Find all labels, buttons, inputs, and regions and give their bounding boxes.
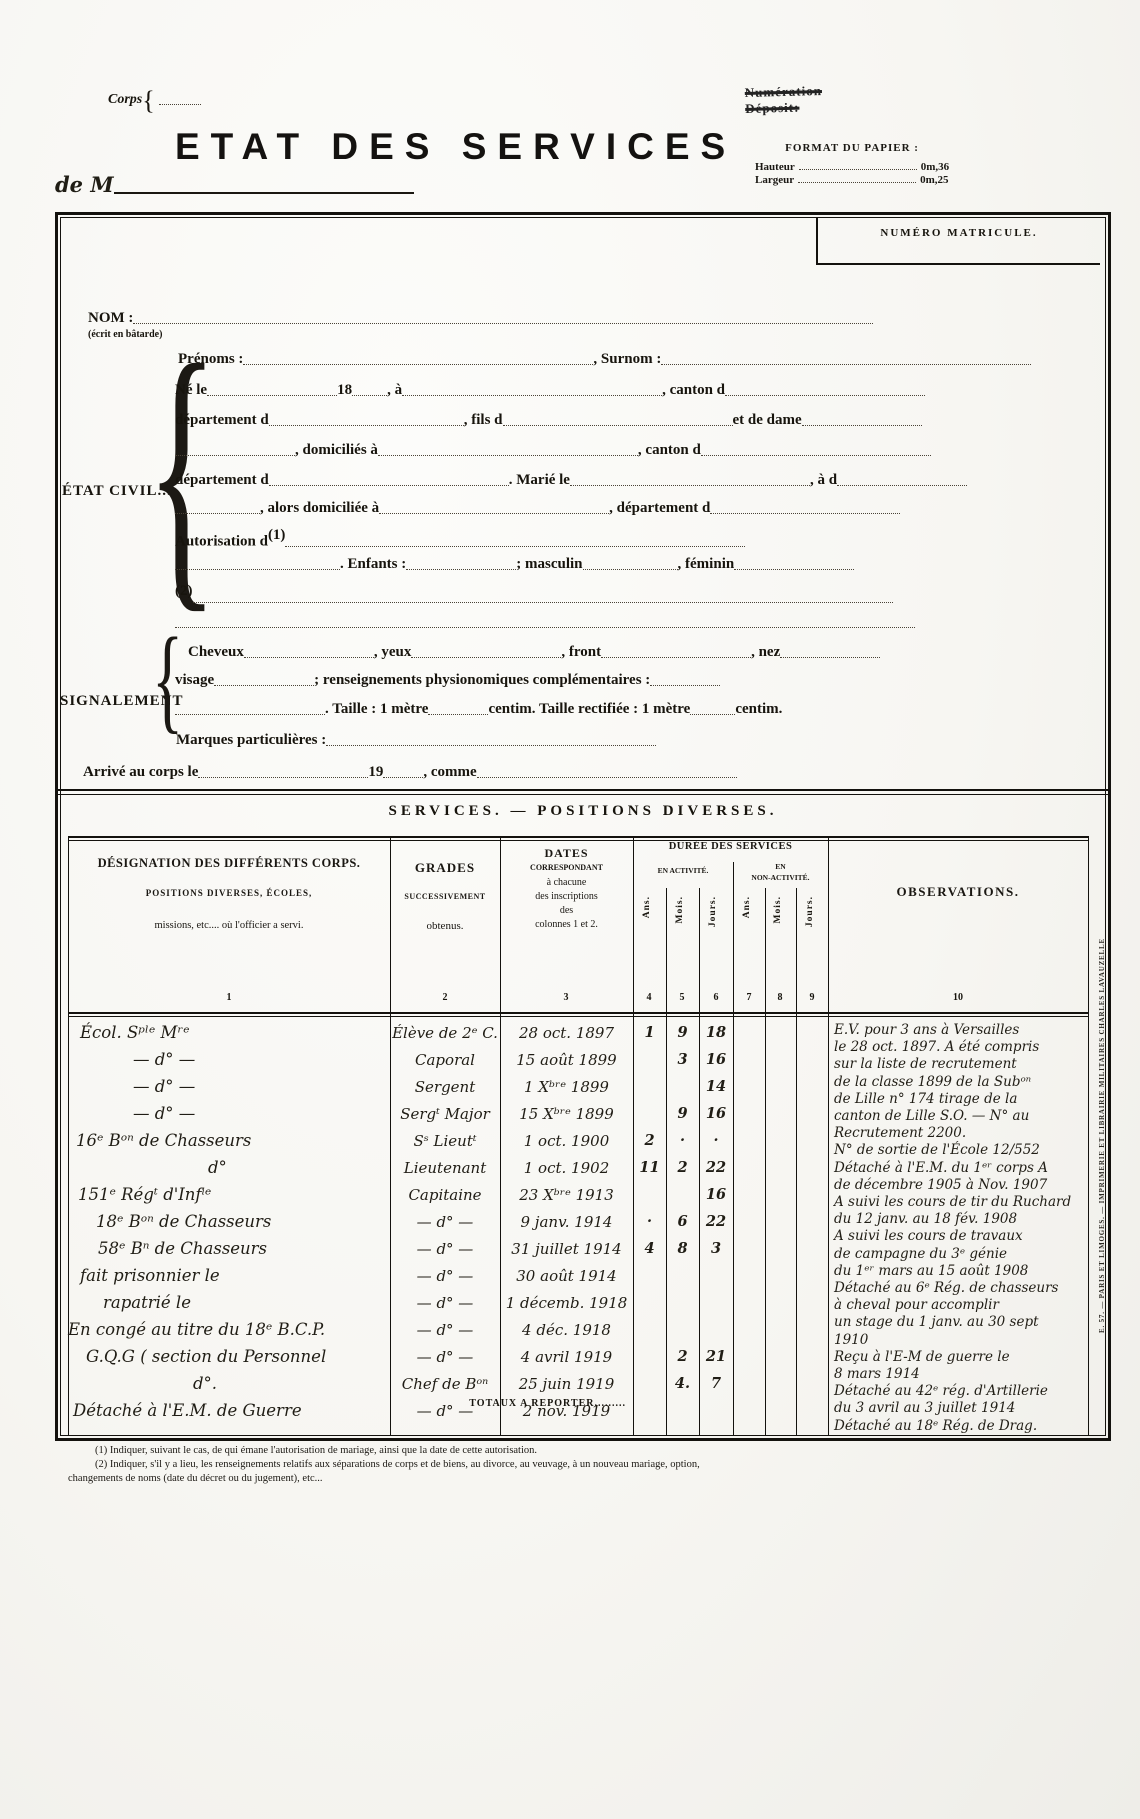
col-number-8: 8	[765, 992, 795, 1003]
observation-line: à cheval pour accomplir	[834, 1297, 1086, 1314]
cheveux-line: Cheveux, yeux, front, nez	[188, 643, 880, 661]
grade-cell: Sergent	[390, 1078, 500, 1096]
hauteur-leaders	[799, 160, 917, 170]
observation-line: de campagne du 3ᵉ génie	[834, 1246, 1086, 1263]
line-label: département d	[175, 412, 269, 428]
observation-line: 8 mars 1914	[834, 1366, 1086, 1383]
grade-cell: Chef de Bᵒⁿ	[390, 1375, 500, 1393]
grade-cell: Sˢ Lieutᵗ	[390, 1132, 500, 1150]
col-number-1: 1	[214, 992, 244, 1003]
table-row: d°Lieutenant1 oct. 190211222	[68, 1154, 828, 1181]
autorisation-line: Autorisation d(1)	[175, 527, 745, 550]
non-activite-header-line1: EN	[733, 862, 828, 871]
observation-line: Détaché au 18ᵉ Rég. de Drag.	[834, 1418, 1086, 1435]
note2-line-b	[175, 613, 915, 631]
blank-field	[207, 382, 337, 396]
table-top-rule-2	[68, 840, 1088, 841]
date-cell: 30 août 1914	[500, 1267, 633, 1285]
col3-header-line4: des inscriptions	[500, 891, 633, 902]
page-title: ETAT DES SERVICES	[175, 126, 736, 168]
line-label: , front	[561, 644, 601, 660]
overstruck-stamp: Numération Déposit:	[745, 83, 823, 117]
table-row: En congé au titre du 18ᵉ B.C.P.— d° —4 d…	[68, 1316, 828, 1343]
col-number-5: 5	[667, 992, 697, 1003]
line-label: Marques particulières :	[176, 732, 326, 748]
duree-cell: 3	[699, 1240, 733, 1257]
blank-field	[214, 672, 314, 686]
duree-cell: 7	[699, 1375, 733, 1392]
line-label: centim. Taille rectifiée : 1 mètre	[488, 701, 690, 717]
observation-line: le 28 oct. 1897. A été compris	[834, 1039, 1086, 1056]
date-cell: 23 Xᵇʳᵉ 1913	[500, 1186, 633, 1204]
blank-field	[352, 382, 387, 396]
form-border-box: NUMÉRO MATRICULE. NOM : (écrit en bâtard…	[55, 212, 1111, 1441]
corps-cell: d°.	[68, 1374, 390, 1393]
blank-field	[725, 382, 925, 396]
blank-field	[650, 672, 720, 686]
blank-field	[601, 644, 751, 658]
blank-field	[383, 764, 423, 778]
alors-domiciliee-line: , alors domiciliée à, département d	[175, 499, 900, 517]
duree-cell: 3	[666, 1051, 699, 1068]
line-label-sup: (2)	[175, 583, 193, 599]
table-row: fait prisonnier le— d° —30 août 1914	[68, 1262, 828, 1289]
blank-field	[428, 701, 488, 715]
stamp-line-1: Numération	[745, 83, 823, 101]
corps-cell: 16ᵉ Bᵒⁿ de Chasseurs	[68, 1131, 390, 1150]
table-row: — d° —Sergent1 Xᵇʳᵉ 189914	[68, 1073, 828, 1100]
line-label: , domiciliés à	[295, 442, 378, 458]
blank-field	[379, 500, 609, 514]
line-label: NOM :	[88, 310, 133, 326]
observation-line: Reçu à l'E-M de guerre le	[834, 1349, 1086, 1366]
line-label: et de dame	[733, 412, 802, 428]
blank-field	[378, 442, 638, 456]
table-row: 151ᵉ Régᵗ d'InfⁱᵉCapitaine23 Xᵇʳᵉ 191316	[68, 1181, 828, 1208]
observation-line: du 3 avril au 3 juillet 1914	[834, 1400, 1086, 1417]
blank-field	[734, 556, 854, 570]
paper-format-hauteur: Hauteur0m,36	[755, 160, 949, 173]
duree-cell: 6	[666, 1213, 699, 1230]
corps-blank	[159, 91, 201, 105]
taille-line: . Taille : 1 mètrecentim. Taille rectifi…	[175, 700, 782, 718]
line-label: , canton d	[638, 442, 701, 458]
de-m-label: de M	[55, 172, 114, 197]
corps-cell: rapatrié le	[68, 1293, 390, 1312]
largeur-label: Largeur	[755, 174, 794, 186]
date-cell: 31 juillet 1914	[500, 1240, 633, 1258]
observation-line: canton de Lille S.O. — N° au	[834, 1108, 1086, 1125]
subcol-label-jours-2: Jours.	[805, 896, 821, 986]
visage-line: visage; renseignements physionomiques co…	[175, 671, 720, 689]
observation-line: de Lille n° 174 tirage de la	[834, 1091, 1086, 1108]
hauteur-label: Hauteur	[755, 161, 795, 173]
duree-cell: 4	[633, 1240, 666, 1257]
de-m-line: de M	[55, 172, 414, 197]
line-label: 19	[368, 764, 383, 780]
grade-cell: — d° —	[390, 1348, 500, 1366]
duree-cell: ·	[699, 1132, 733, 1149]
ne-line: Né le18, à, canton d	[175, 381, 925, 399]
line-label: , à d	[810, 472, 837, 488]
duree-cell: ·	[666, 1132, 699, 1149]
line-label: , canton d	[662, 382, 725, 398]
table-vline	[828, 836, 829, 1435]
corps-cell: Écol. Sᵖˡᵉ Mʳᵉ	[68, 1023, 390, 1042]
corps-cell: Détaché à l'E.M. de Guerre	[68, 1401, 390, 1420]
stamp-line-2: Déposit:	[745, 99, 823, 117]
line-label: , alors domiciliée à	[260, 500, 379, 516]
observation-line: sur la liste de recrutement	[834, 1056, 1086, 1073]
line-label: . Marié le	[509, 472, 570, 488]
blank-field	[244, 644, 374, 658]
note2-line-a: (2)	[175, 583, 893, 606]
line-label: Né le	[175, 382, 207, 398]
col3-header-line3: à chacune	[500, 877, 633, 888]
line-label: Cheveux	[188, 644, 244, 660]
line-label: département d	[175, 472, 269, 488]
grade-cell: — d° —	[390, 1267, 500, 1285]
line-label: Autorisation d	[175, 533, 268, 549]
blank-field	[701, 442, 931, 456]
table-row: d°.Chef de Bᵒⁿ25 juin 19194.7	[68, 1370, 828, 1397]
duree-cell: 21	[699, 1348, 733, 1365]
grade-cell: — d° —	[390, 1213, 500, 1231]
table-row: G.Q.G ( section du Personnel— d° —4 avri…	[68, 1343, 828, 1370]
duree-cell: 2	[666, 1159, 699, 1176]
observations-column: E.V. pour 3 ans à Versaillesle 28 oct. 1…	[834, 1022, 1086, 1435]
blank-field	[570, 472, 810, 486]
departement-line-2: département d. Marié le, à d	[175, 471, 967, 489]
blank-field	[198, 764, 368, 778]
corps-cell: 151ᵉ Régᵗ d'Infⁱᵉ	[68, 1185, 390, 1204]
duree-cell: 22	[699, 1159, 733, 1176]
line-label: centim.	[735, 701, 782, 717]
blank-field	[175, 500, 260, 514]
line-label: , féminin	[678, 556, 735, 572]
blank-field	[477, 764, 737, 778]
paper-format-largeur: Largeur0m,25	[755, 173, 949, 186]
blank-field	[175, 701, 325, 715]
grade-cell: — d° —	[390, 1294, 500, 1312]
blank-field	[269, 472, 509, 486]
blank-field	[802, 412, 922, 426]
brace-icon: {	[142, 86, 154, 115]
grade-cell: Élève de 2ᵉ C.	[390, 1024, 500, 1042]
line-label: , à	[387, 382, 402, 398]
col1-header-line3: missions, etc.... où l'officier a servi.	[68, 920, 390, 931]
departement-line-1: département d, fils det de dame	[175, 411, 922, 429]
line-label: , comme	[423, 764, 476, 780]
non-activite-header-line2: NON-ACTIVITÉ.	[733, 873, 828, 882]
table-row: — d° —Sergᵗ Major15 Xᵇʳᵉ 1899916	[68, 1100, 828, 1127]
grade-cell: — d° —	[390, 1321, 500, 1339]
prenoms-line: Prénoms :, Surnom :	[178, 350, 1031, 368]
date-cell: 1 oct. 1902	[500, 1159, 633, 1177]
matricule-label: NUMÉRO MATRICULE.	[818, 227, 1100, 239]
line-label-sup: (1)	[268, 527, 286, 543]
blank-field	[503, 412, 733, 426]
table-row: 18ᵉ Bᵒⁿ de Chasseurs— d° —9 janv. 1914·6…	[68, 1208, 828, 1235]
col-number-3: 3	[551, 992, 581, 1003]
section-divider	[58, 789, 1108, 795]
col-number-9: 9	[797, 992, 827, 1003]
table-row: 58ᵉ Bⁿ de Chasseurs— d° —31 juillet 1914…	[68, 1235, 828, 1262]
blank-field	[837, 472, 967, 486]
corps-cell: G.Q.G ( section du Personnel	[68, 1347, 390, 1366]
blank-field	[710, 500, 900, 514]
subcol-label-ans: Ans.	[642, 896, 658, 986]
subcol-label-jours: Jours.	[708, 896, 724, 986]
table-row: Écol. Sᵖˡᵉ MʳᵉÉlève de 2ᵉ C.28 oct. 1897…	[68, 1019, 828, 1046]
corps-cell: fait prisonnier le	[68, 1266, 390, 1285]
hauteur-value: 0m,36	[921, 161, 949, 173]
duree-cell: 9	[666, 1024, 699, 1041]
col-number-7: 7	[734, 992, 764, 1003]
services-table: DÉSIGNATION DES DIFFÉRENTS CORPS. POSITI…	[68, 836, 1088, 1435]
corps-cell: — d° —	[68, 1050, 390, 1069]
blank-field	[269, 412, 464, 426]
largeur-leaders	[798, 173, 916, 183]
duree-cell: 16	[699, 1105, 733, 1122]
grade-cell: — d° —	[390, 1240, 500, 1258]
table-top-rule	[68, 836, 1088, 838]
table-row: rapatrié le— d° —1 décemb. 1918	[68, 1289, 828, 1316]
table-row: — d° —Caporal15 août 1899316	[68, 1046, 828, 1073]
table-vline	[1088, 836, 1089, 1435]
blank-field	[133, 310, 873, 324]
blank-field	[243, 351, 593, 365]
observation-line: A suivi les cours de tir du Ruchard	[834, 1194, 1086, 1211]
matricule-box: NUMÉRO MATRICULE.	[816, 217, 1100, 265]
blank-field	[411, 644, 561, 658]
col2-header-line2: SUCCESSIVEMENT	[390, 892, 500, 901]
col3-header-line2: CORRESPONDANT	[500, 863, 633, 872]
line-label: visage	[175, 672, 214, 688]
duree-cell: 22	[699, 1213, 733, 1230]
col-number-2: 2	[430, 992, 460, 1003]
domicilies-line: , domiciliés à, canton d	[175, 441, 931, 459]
observation-line: un stage du 1 janv. au 30 sept	[834, 1314, 1086, 1331]
observation-line: N° de sortie de l'École 12/552	[834, 1142, 1086, 1159]
corps-cell: En congé au titre du 18ᵉ B.C.P.	[68, 1320, 390, 1339]
corps-line: Corps{	[108, 86, 201, 116]
line-label: 18	[337, 382, 352, 398]
footnote-2-continued: changements de noms (date du décret ou d…	[68, 1473, 323, 1484]
duree-cell: 4.	[666, 1375, 699, 1392]
col-number-6: 6	[701, 992, 731, 1003]
blank-field	[193, 589, 893, 603]
largeur-value: 0m,25	[920, 174, 948, 186]
duree-cell: 16	[699, 1051, 733, 1068]
blank-field	[780, 644, 880, 658]
line-label: ; renseignements physionomiques compléme…	[314, 672, 650, 688]
col2-header-line1: GRADES	[390, 860, 500, 876]
col-number-10: 10	[943, 992, 973, 1003]
paper-format-block: FORMAT DU PAPIER : Hauteur0m,36 Largeur0…	[755, 142, 949, 186]
observations-header: OBSERVATIONS.	[828, 884, 1088, 900]
duree-cell: 2	[633, 1132, 666, 1149]
corps-cell: 58ᵉ Bⁿ de Chasseurs	[68, 1239, 390, 1258]
line-label: ; masculin	[516, 556, 582, 572]
col-number-4: 4	[634, 992, 664, 1003]
corps-cell: — d° —	[68, 1104, 390, 1123]
observation-line: de la classe 1899 de la Subᵒⁿ	[834, 1074, 1086, 1091]
printer-imprint: E. 57. — PARIS ET LIMOGES. — IMPRIMERIE …	[1098, 838, 1106, 1433]
corps-cell: 18ᵉ Bᵒⁿ de Chasseurs	[68, 1212, 390, 1231]
paper-format-title: FORMAT DU PAPIER :	[755, 142, 949, 154]
blank-field	[326, 732, 656, 746]
date-cell: 28 oct. 1897	[500, 1024, 633, 1042]
observation-line: Détaché au 6ᵉ Rég. de chasseurs	[834, 1280, 1086, 1297]
col1-header-line2: POSITIONS DIVERSES, ÉCOLES,	[68, 888, 390, 898]
line-label: , département d	[609, 500, 710, 516]
blank-field	[583, 556, 678, 570]
observation-line: A suivi les cours de travaux	[834, 1228, 1086, 1245]
date-cell: 15 Xᵇʳᵉ 1899	[500, 1105, 633, 1123]
observation-line: 1910	[834, 1332, 1086, 1349]
blank-field	[175, 614, 915, 628]
blank-field	[402, 382, 662, 396]
observation-line: E.V. pour 3 ans à Versailles	[834, 1022, 1086, 1039]
line-label: . Taille : 1 mètre	[325, 701, 428, 717]
totaux-label: TOTAUX A REPORTER.........	[368, 1398, 626, 1409]
date-cell: 1 oct. 1900	[500, 1132, 633, 1150]
marques-line: Marques particulières :	[176, 731, 656, 749]
services-section-title: SERVICES. — POSITIONS DIVERSES.	[58, 803, 1108, 820]
col2-header-line3: obtenus.	[390, 920, 500, 932]
date-cell: 4 déc. 1918	[500, 1321, 633, 1339]
observation-line: du 1ᵉʳ mars au 15 août 1908	[834, 1263, 1086, 1280]
duree-cell: 11	[633, 1159, 666, 1176]
duree-cell: 16	[699, 1186, 733, 1203]
blank-field	[285, 533, 745, 547]
date-cell: 25 juin 1919	[500, 1375, 633, 1393]
col1-header-line1: DÉSIGNATION DES DIFFÉRENTS CORPS.	[68, 856, 390, 871]
col3-header-line5: des	[500, 905, 633, 916]
footnote-1: (1) Indiquer, suivant le cas, de qui éma…	[95, 1445, 537, 1456]
duree-cell: 14	[699, 1078, 733, 1095]
table-row: 16ᵉ Bᵒⁿ de ChasseursSˢ Lieutᵗ1 oct. 1900…	[68, 1127, 828, 1154]
line-label: Prénoms :	[178, 351, 243, 367]
col3-header-line6: colonnes 1 et 2.	[500, 919, 633, 930]
footnote-2: (2) Indiquer, s'il y a lieu, les renseig…	[95, 1459, 700, 1470]
blank-field	[175, 556, 340, 570]
subcol-label-ans-2: Ans.	[742, 896, 758, 986]
line-label: , Surnom :	[593, 351, 661, 367]
grade-cell: Capitaine	[390, 1186, 500, 1204]
enfants-line: . Enfants :; masculin, féminin	[175, 555, 854, 573]
duree-cell: 18	[699, 1024, 733, 1041]
grade-cell: Sergᵗ Major	[390, 1105, 500, 1123]
observation-line: du 12 janv. au 18 fév. 1908	[834, 1211, 1086, 1228]
duree-cell: 2	[666, 1348, 699, 1365]
date-cell: 15 août 1899	[500, 1051, 633, 1069]
line-label: . Enfants :	[340, 556, 406, 572]
observation-line: de décembre 1905 à Nov. 1907	[834, 1177, 1086, 1194]
arrive-au-corps-line: Arrivé au corps le19, comme	[83, 763, 737, 781]
corps-cell: — d° —	[68, 1077, 390, 1096]
header-bottom-rule	[68, 1012, 1088, 1014]
scanned-service-record: Corps{ Numération Déposit: ETAT DES SERV…	[0, 0, 1140, 1819]
blank-field	[406, 556, 516, 570]
subcol-label-mois-2: Mois.	[773, 896, 789, 986]
line-label: , yeux	[374, 644, 412, 660]
date-cell: 4 avril 1919	[500, 1348, 633, 1366]
observation-line: Détaché à l'E.M. du 1ᵉʳ corps A	[834, 1160, 1086, 1177]
duree-cell: 9	[666, 1105, 699, 1122]
header-bottom-rule-2	[68, 1016, 1088, 1017]
grade-cell: Lieutenant	[390, 1159, 500, 1177]
date-cell: 1 décemb. 1918	[500, 1294, 633, 1312]
de-m-blank	[114, 179, 414, 194]
table-body: Écol. Sᵖˡᵉ MʳᵉÉlève de 2ᵉ C.28 oct. 1897…	[68, 1019, 828, 1424]
line-label: Arrivé au corps le	[83, 764, 198, 780]
grade-cell: Caporal	[390, 1051, 500, 1069]
duree-cell: 1	[633, 1024, 666, 1041]
line-label: , nez	[751, 644, 780, 660]
line-label: , fils d	[464, 412, 503, 428]
date-cell: 1 Xᵇʳᵉ 1899	[500, 1078, 633, 1096]
date-cell: 9 janv. 1914	[500, 1213, 633, 1231]
col3-header-line1: DATES	[500, 846, 633, 861]
corps-cell: d°	[68, 1158, 390, 1177]
duree-header: DURÉE DES SERVICES	[633, 841, 828, 852]
subcol-label-mois: Mois.	[675, 896, 691, 986]
activite-header: EN ACTIVITÉ.	[633, 866, 733, 875]
observation-line: Détaché au 42ᵉ rég. d'Artillerie	[834, 1383, 1086, 1400]
corps-label: Corps	[108, 92, 142, 107]
observation-line: Recrutement 2200.	[834, 1125, 1086, 1142]
duree-cell: 8	[666, 1240, 699, 1257]
blank-field	[175, 442, 295, 456]
blank-field	[690, 701, 735, 715]
blank-field	[661, 351, 1031, 365]
duree-cell: ·	[633, 1213, 666, 1230]
